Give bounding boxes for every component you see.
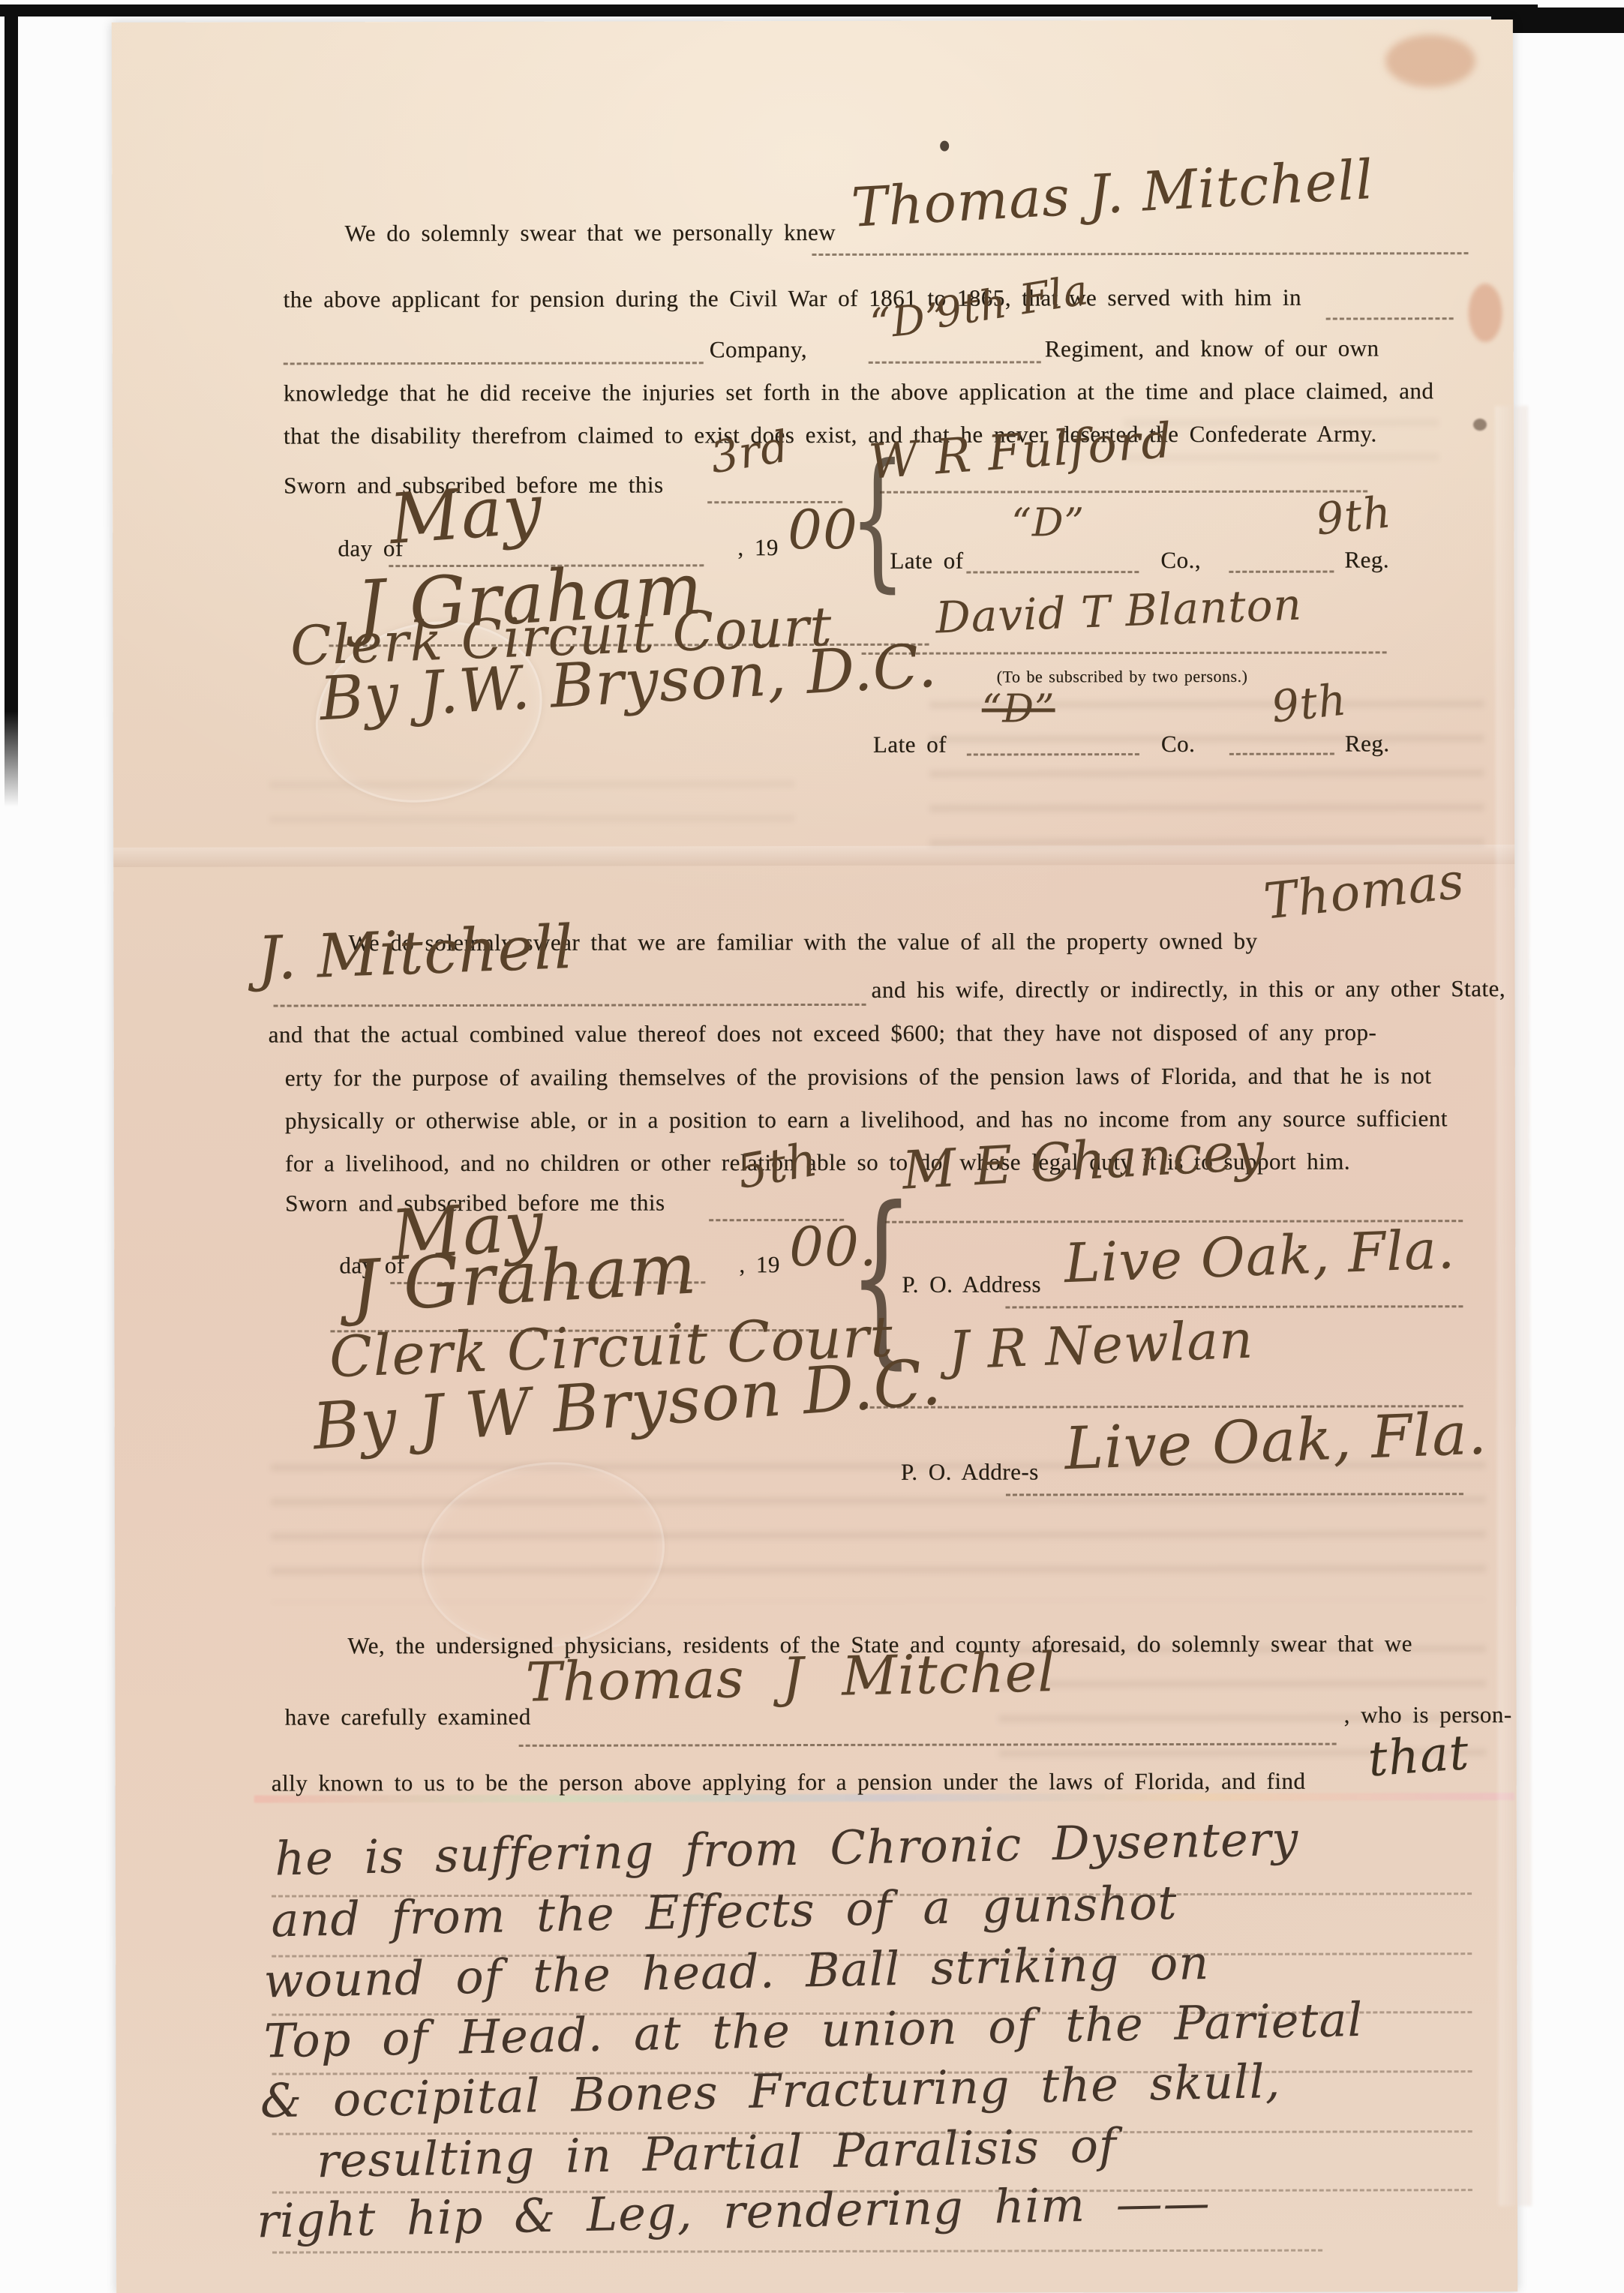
witness2-reg-rule — [1229, 753, 1334, 755]
sworn1-month: May — [387, 469, 545, 560]
scan-border-left — [5, 11, 18, 807]
oath2-line5: physically or otherwise able, or in a po… — [285, 1105, 1448, 1134]
finding-line: and from the Effects of a gunshot — [271, 1875, 1178, 1948]
lateof1-label: Late of — [890, 548, 963, 575]
po-address2-label: P. O. Addre-s — [901, 1458, 1039, 1485]
witness1-reg: 9th — [1313, 486, 1394, 545]
reg2-label: Reg. — [1345, 730, 1390, 757]
affiant1-po: Live Oak, Fla. — [1063, 1217, 1456, 1295]
served-with-rule — [1326, 317, 1454, 320]
ink-fleck-small — [1473, 419, 1487, 431]
oath2-line3: and that the actual combined value there… — [269, 1019, 1377, 1048]
stain-top-right — [1385, 35, 1475, 87]
affiant1-po-rule — [1005, 1305, 1463, 1308]
two-persons-note: (To be subscribed by two persons.) — [997, 667, 1248, 687]
witness1-rule — [880, 490, 1367, 493]
lateof2-label: Late of — [873, 731, 947, 758]
witness1-co-rule — [966, 571, 1139, 573]
name-rule — [812, 252, 1468, 256]
witness2-reg: 9th — [1269, 674, 1349, 732]
scan-border-top — [0, 5, 1538, 17]
oath1-line2: the above applicant for pension during t… — [284, 284, 1301, 314]
finding-line: he is suffering from Chronic Dysentery — [275, 1811, 1299, 1886]
company-rule-left — [284, 362, 704, 365]
company-rule-mid — [869, 361, 1041, 363]
witness1-reg-rule — [1229, 571, 1334, 573]
finding-line: resulting in Partial Paralisis of — [316, 2118, 1117, 2189]
oath1-line5: that the disability therefrom claimed to… — [284, 420, 1377, 449]
company-label: Company, — [710, 336, 807, 363]
sworn1-year: 00 — [788, 498, 858, 561]
oath1-line3-rest: Regiment, and know of our own — [1045, 335, 1379, 362]
scanned-document-page: We do solemnly swear that we personally … — [0, 0, 1624, 2293]
witness2-signature: David T Blanton — [935, 579, 1303, 644]
witness2-rule — [862, 651, 1387, 654]
examined-name: Thomas J Mitchel — [525, 1640, 1056, 1714]
po-address1-label: P. O. Address — [902, 1271, 1041, 1298]
applicant-name-signature: Thomas J. Mitchell — [850, 148, 1375, 239]
co2-label: Co. — [1161, 731, 1196, 758]
find-that: that — [1366, 1725, 1471, 1787]
phys-line3: ally known to us to be the person above … — [272, 1768, 1306, 1797]
sworn2-year-printed: , 19 — [739, 1251, 780, 1278]
affiant2-signature: J R Newlan — [947, 1309, 1255, 1382]
oath2-line4: erty for the purpose of availing themsel… — [285, 1062, 1432, 1091]
witness2-co-rule — [967, 753, 1139, 755]
co1-label: Co., — [1160, 547, 1201, 574]
oath2-line2-rest: and his wife, directly or indirectly, in… — [871, 975, 1505, 1004]
ink-bleedthrough — [269, 780, 794, 848]
property-name-rule — [274, 1004, 866, 1007]
witness1-co: “D” — [1011, 500, 1085, 545]
oath1-line1: We do solemnly swear that we personally … — [344, 219, 836, 247]
person-suffix: , who is person- — [1344, 1701, 1512, 1728]
document-paper: We do solemnly swear that we personally … — [112, 20, 1517, 2293]
examined-label: have carefully examined — [285, 1703, 531, 1731]
sworn1-year-printed: , 19 — [737, 534, 779, 561]
property-name-rest: J. Mitchell — [256, 912, 575, 994]
finding-rule — [272, 2249, 1322, 2254]
witness2-co: “D” — [982, 686, 1055, 731]
regiment-entry: 9th Fla — [932, 266, 1092, 338]
stain-right-margin — [1469, 284, 1502, 342]
reg1-label: Reg. — [1344, 546, 1389, 573]
oath1-line4: knowledge that he did receive the injuri… — [284, 377, 1434, 407]
ink-fleck — [940, 141, 949, 152]
paper-edge-sheen — [1495, 406, 1532, 2206]
sworn2-day: 5th — [733, 1131, 821, 1199]
